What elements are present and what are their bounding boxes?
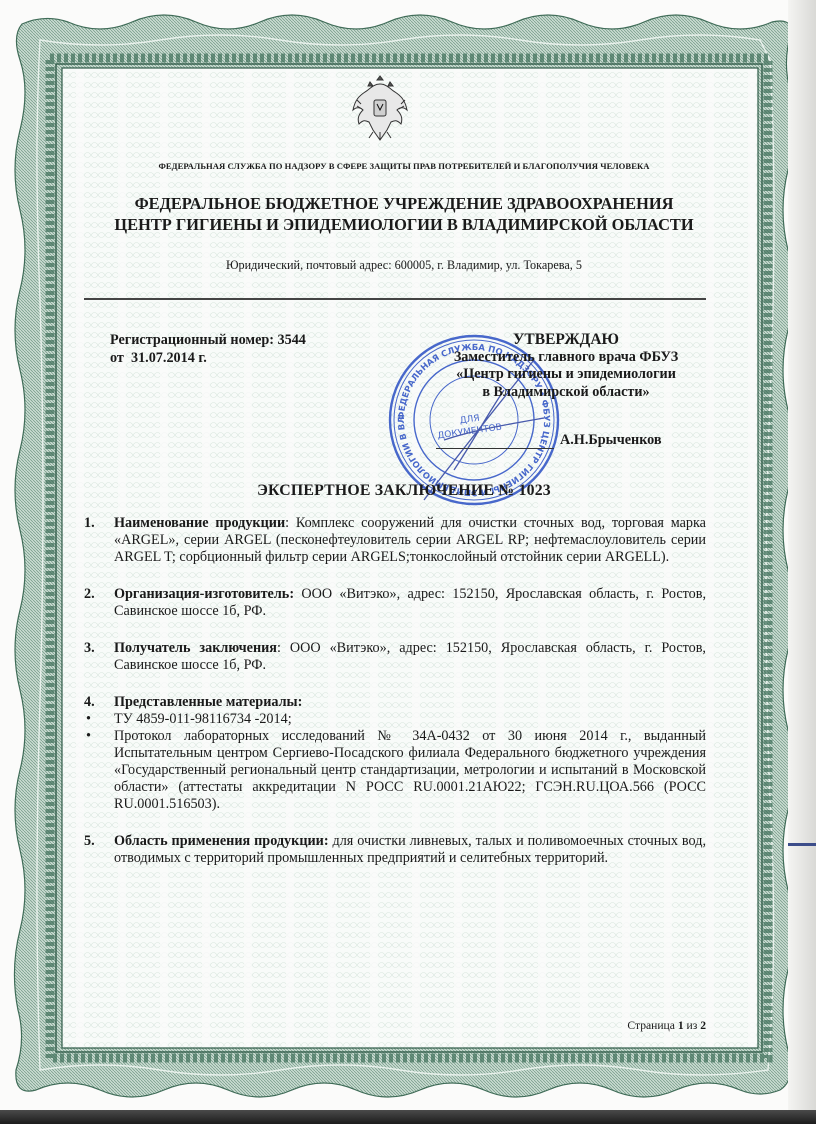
materials-text: ТУ 4859-011-98116734 -2014;: [114, 711, 292, 727]
stamp-center-text-1: ДЛЯ: [459, 414, 480, 427]
item-application-area: 5. Область применения продукции: для очи…: [84, 833, 706, 867]
conclusion-items: 1. Наименование продукции: Комплекс соор…: [84, 515, 706, 887]
approval-line-1: Заместитель главного врача ФБУЗ: [416, 349, 716, 367]
materials-list-item: • Протокол лабораторных исследований № 3…: [84, 728, 706, 813]
document-page: ФЕДЕРАЛЬНАЯ СЛУЖБА ПО НАДЗОРУ В СФЕРЕ ЗА…: [0, 0, 816, 1124]
signer-name: А.Н.Брыченков: [560, 432, 662, 449]
page-indicator-middle: из: [684, 1019, 701, 1032]
materials-list-item: • ТУ 4859-011-98116734 -2014;: [84, 711, 706, 728]
approval-line-2: «Центр гигиены и эпидемиологии: [416, 366, 716, 384]
item-label: Представленные материалы:: [114, 694, 302, 710]
item-label: Организация-изготовитель:: [114, 586, 294, 602]
page-total: 2: [700, 1019, 706, 1032]
bullet-icon: •: [86, 711, 91, 728]
bullet-icon: •: [86, 728, 91, 745]
item-number: 2.: [84, 586, 95, 603]
document-title: ЭКСПЕРТНОЕ ЗАКЛЮЧЕНИЕ № 1023: [60, 482, 748, 500]
item-label: Наименование продукции: [114, 515, 285, 531]
item-separator: :: [277, 640, 290, 656]
item-product-name: 1. Наименование продукции: Комплекс соор…: [84, 515, 706, 566]
header-divider: [84, 298, 706, 300]
scanner-bottom-shadow: [0, 1110, 816, 1124]
item-manufacturer: 2. Организация-изготовитель: ООО «Витэко…: [84, 586, 706, 620]
scanner-background-edge: [788, 0, 816, 1124]
item-materials: 4. Представленные материалы:: [84, 694, 706, 711]
page-indicator-prefix: Страница: [627, 1019, 677, 1032]
materials-list: • ТУ 4859-011-98116734 -2014; • Протокол…: [84, 711, 706, 813]
item-number: 3.: [84, 640, 95, 657]
page-indicator: Страница 1 из 2: [606, 1019, 706, 1032]
organization-line-2: ЦЕНТР ГИГИЕНЫ И ЭПИДЕМИОЛОГИИ В ВЛАДИМИР…: [60, 214, 748, 235]
organization-name: ФЕДЕРАЛЬНОЕ БЮДЖЕТНОЕ УЧРЕЖДЕНИЕ ЗДРАВОО…: [60, 193, 748, 235]
agency-header: ФЕДЕРАЛЬНАЯ СЛУЖБА ПО НАДЗОРУ В СФЕРЕ ЗА…: [60, 161, 748, 171]
approval-block: УТВЕРЖДАЮ Заместитель главного врача ФБУ…: [416, 331, 716, 401]
item-recipient: 3. Получатель заключения: ООО «Витэко», …: [84, 640, 706, 674]
registration-date: от 31.07.2014 г.: [110, 349, 306, 367]
organization-line-1: ФЕДЕРАЛЬНОЕ БЮДЖЕТНОЕ УЧРЕЖДЕНИЕ ЗДРАВОО…: [60, 193, 748, 214]
item-number: 4.: [84, 694, 95, 711]
materials-text: Протокол лабораторных исследований № 34А…: [114, 728, 706, 812]
organization-address: Юридический, почтовый адрес: 600005, г. …: [60, 258, 748, 273]
scanner-edge-line: [788, 843, 816, 846]
coat-of-arms-icon: [349, 70, 411, 145]
item-number: 1.: [84, 515, 95, 532]
item-number: 5.: [84, 833, 95, 850]
registration-number: Регистрационный номер: 3544: [110, 331, 306, 349]
registration-block: Регистрационный номер: 3544 от 31.07.201…: [110, 331, 306, 367]
item-label: Область применения продукции:: [114, 833, 329, 849]
approval-line-3: в Владимирской области»: [416, 384, 716, 402]
signature-line: [436, 448, 554, 449]
item-separator: :: [285, 515, 296, 531]
item-label: Получатель заключения: [114, 640, 277, 656]
approval-title: УТВЕРЖДАЮ: [416, 331, 716, 349]
